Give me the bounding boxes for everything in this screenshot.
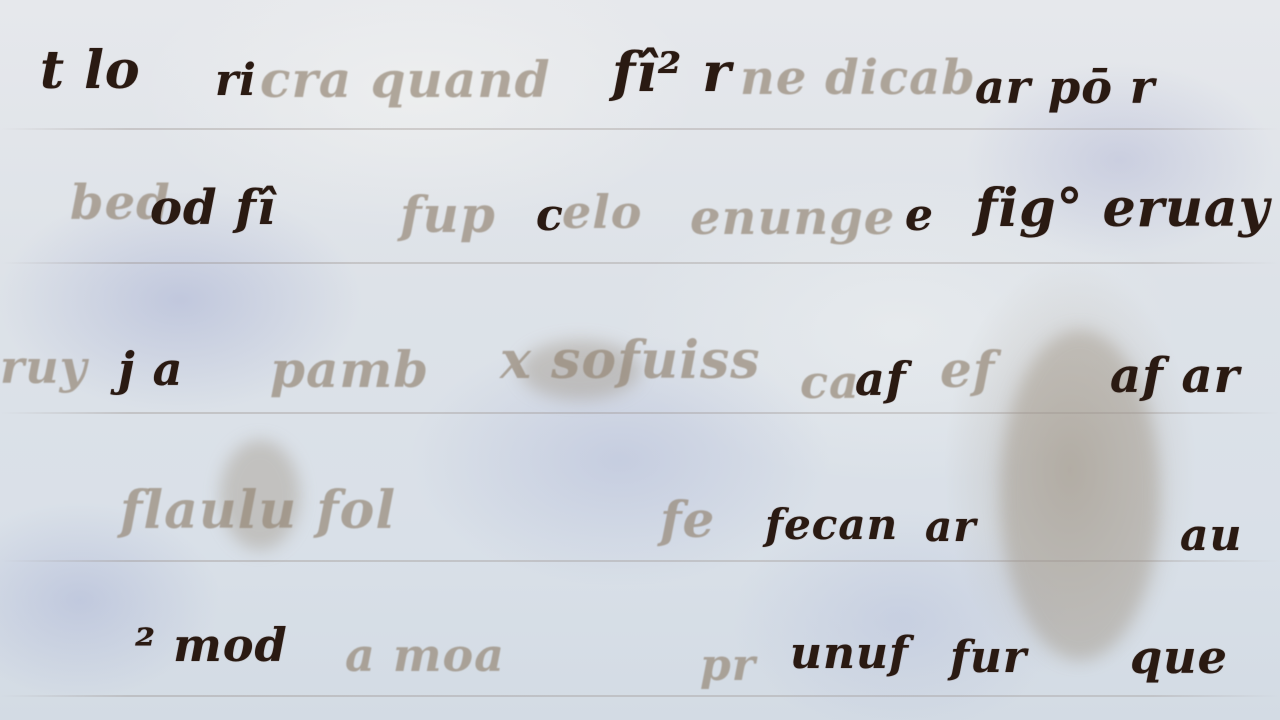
ruling-line (0, 695, 1280, 697)
erased-script-fragment: ruy (0, 340, 87, 394)
upper-script-fragment: af ar (1110, 348, 1240, 404)
upper-script-fragment: au (1180, 510, 1243, 561)
erased-script-fragment: ne dicab (740, 50, 976, 106)
upper-script-fragment: af (855, 352, 907, 406)
erased-script-fragment: ca (800, 355, 860, 409)
upper-script-fragment: ri (215, 55, 257, 106)
manuscript-parchment: t loricra quandfî² rne dicabar pō rbedo… (0, 0, 1280, 720)
upper-script-fragment: e (905, 190, 934, 241)
upper-script-fragment: ² mod (135, 618, 288, 672)
ruling-line (0, 560, 1280, 562)
erased-script-fragment: fup (400, 185, 496, 244)
upper-script-fragment: c (536, 190, 564, 241)
upper-script-fragment: fecan (765, 500, 898, 549)
upper-script-fragment: ar pō r (975, 60, 1155, 114)
upper-script-fragment: que (1130, 630, 1228, 684)
upper-script-fragment: od fî (150, 180, 276, 236)
erased-script-fragment: ef (940, 340, 995, 399)
erased-script-fragment: pamb (270, 340, 429, 399)
erased-script-fragment: elo (562, 185, 642, 239)
upper-script-fragment: t lo (40, 40, 141, 101)
upper-script-fragment: fig° eruay (975, 178, 1270, 239)
erased-script-fragment: flaulu fol (120, 480, 396, 541)
erased-script-fragment: a moa (345, 628, 505, 682)
erased-script-fragment: fe (660, 490, 715, 549)
upper-script-fragment: j a (118, 342, 183, 396)
erased-script-fragment: cra quand (260, 50, 551, 109)
erased-script-fragment: pr (700, 640, 756, 691)
ruling-line (0, 128, 1280, 130)
upper-script-fragment: ar (925, 502, 976, 551)
upper-script-fragment: fî² r (612, 40, 732, 104)
ruling-line (0, 262, 1280, 264)
upper-script-fragment: fur (950, 632, 1027, 683)
erased-script-fragment: x sofuiss (500, 330, 761, 391)
upper-script-fragment: unuf (790, 628, 909, 679)
erased-script-fragment: enunge (690, 190, 895, 246)
ruling-line (0, 412, 1280, 414)
